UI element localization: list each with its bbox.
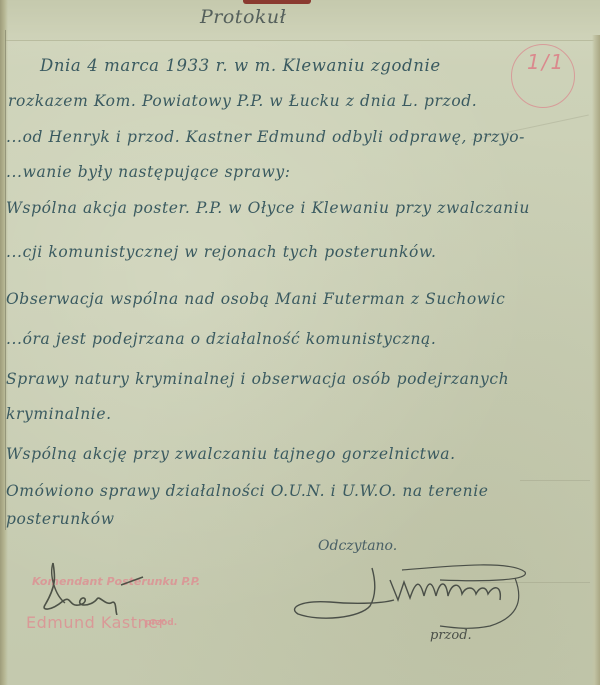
archive-number: 1/1 — [527, 50, 565, 74]
text-line-10: kryminalnie. — [6, 405, 112, 423]
text-line-6: ...cji komunistycznej w rejonach tych po… — [6, 243, 437, 261]
paper-crease — [520, 480, 590, 481]
commander-stamp-rank: przod. — [145, 618, 177, 628]
text-line-1: Dnia 4 marca 1933 r. w m. Klewaniu zgodn… — [40, 56, 441, 75]
text-line-4: ...wanie były następujące sprawy: — [6, 163, 291, 181]
text-line-12: Omówiono sprawy działalności O.U.N. i U.… — [6, 482, 489, 500]
text-line-8: ...óra jest podejrzana o działalność kom… — [6, 330, 436, 348]
text-line-3: ...od Henryk i przod. Kastner Edmund odb… — [6, 128, 525, 146]
right-page-edge — [592, 35, 600, 685]
top-fold — [0, 0, 600, 41]
text-line-2: rozkazem Kom. Powiatowy P.P. w Łucku z d… — [8, 92, 477, 110]
text-line-7: Obserwacja wspólna nad osobą Mani Futerm… — [6, 290, 505, 308]
text-line-11: Wspólną akcję przy zwalczaniu tajnego go… — [6, 445, 456, 463]
left-signature — [35, 555, 175, 615]
document-title: Protokuł — [200, 6, 286, 28]
text-line-5: Wspólna akcja poster. P.P. w Ołyce i Kle… — [6, 199, 530, 217]
text-line-9: Sprawy natury kryminalnej i obserwacja o… — [6, 370, 509, 388]
signatory-rank: przod. — [430, 628, 472, 643]
read-label: Odczytano. — [318, 538, 397, 554]
right-signature — [290, 560, 560, 630]
text-line-13: posterunków — [6, 510, 115, 528]
scanned-document-page: Protokuł 1/1 Dnia 4 marca 1933 r. w m. K… — [0, 0, 600, 685]
red-binding-tab — [243, 0, 311, 4]
